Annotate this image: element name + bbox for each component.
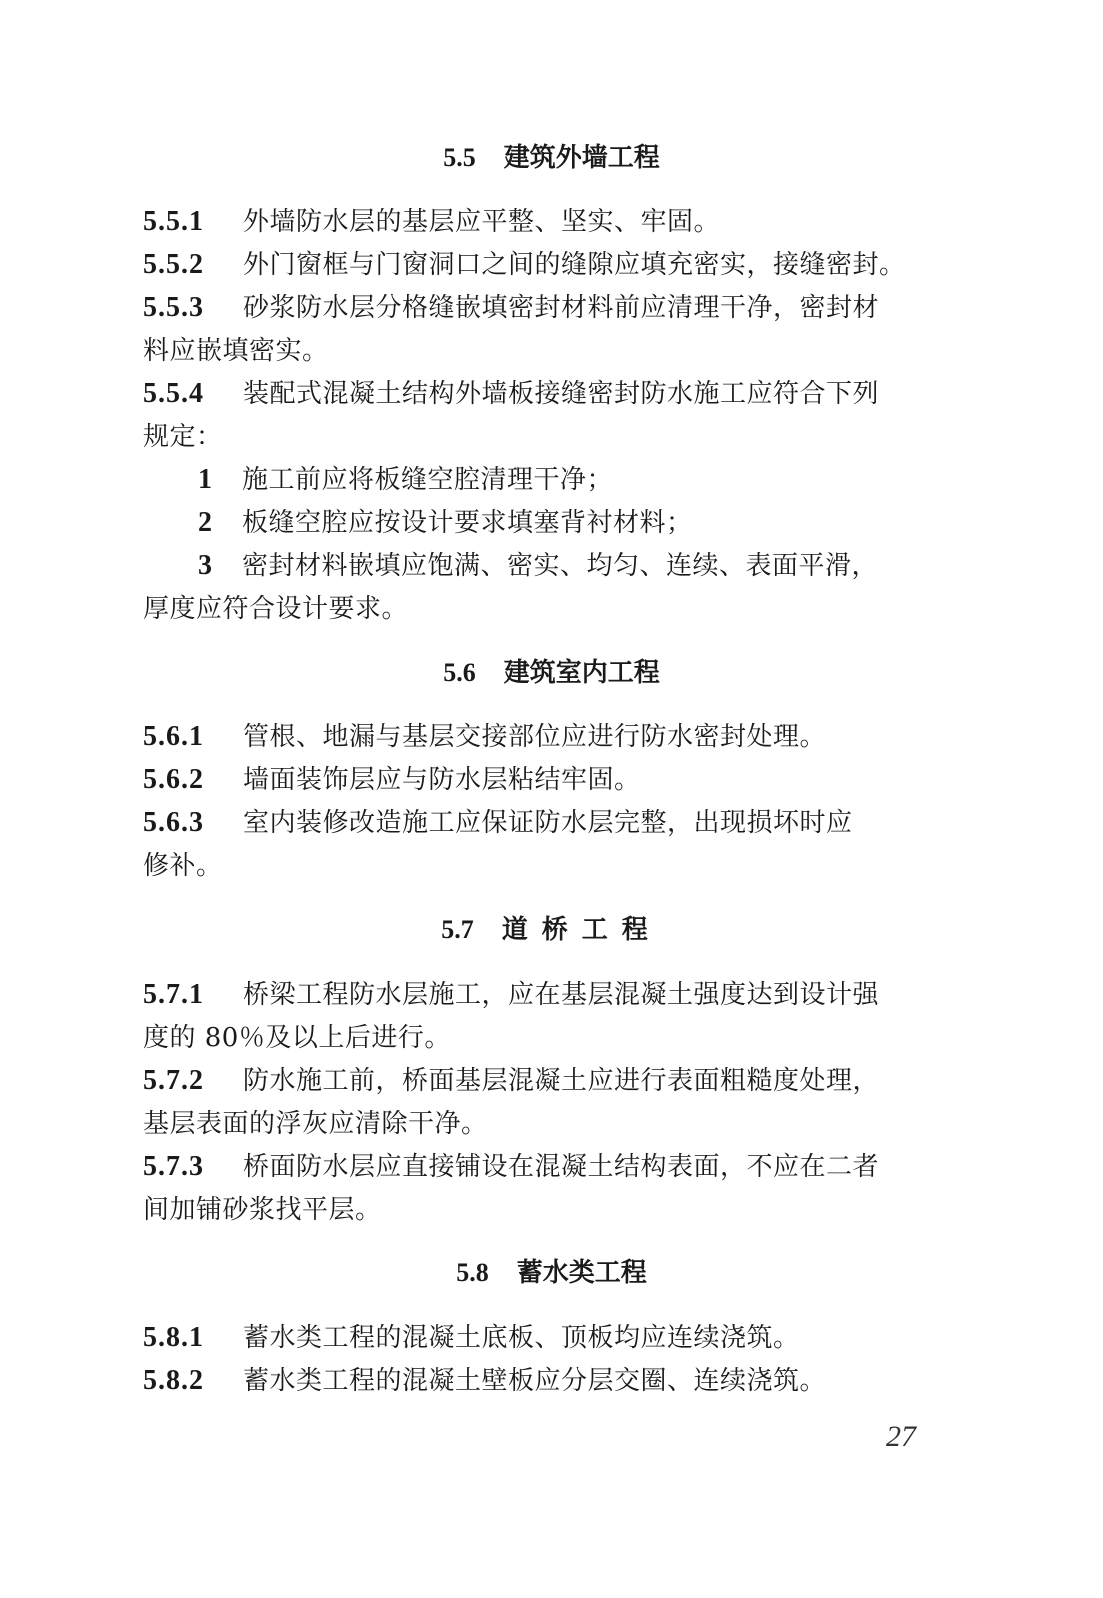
clause-text: 料应嵌填密实。 [143, 336, 329, 366]
clause-number: 5.7.3 [143, 1150, 243, 1184]
clause-number: 5.6.2 [143, 763, 243, 797]
clause-5-5-3: 5.5.3砂浆防水层分格缝嵌填密封材料前应清理干净，密封材 [143, 291, 943, 325]
clause-5-7-3: 5.7.3桥面防水层应直接铺设在混凝土结构表面，不应在二者 [143, 1150, 943, 1184]
section-number: 5.6 [443, 658, 476, 687]
clause-5-6-2: 5.6.2墙面装饰层应与防水层粘结牢固。 [143, 763, 943, 797]
clause-text: 基层表面的浮灰应清除干净。 [143, 1109, 488, 1139]
clause-number: 5.7.1 [143, 978, 243, 1012]
section-title: 蓄水类工程 [517, 1258, 647, 1288]
list-item-3: 3密封材料嵌填应饱满、密实、均匀、连续、表面平滑， [143, 549, 943, 583]
clause-text: 蓄水类工程的混凝土底板、顶板均应连续浇筑。 [243, 1323, 800, 1353]
clause-text: 蓄水类工程的混凝土壁板应分层交圈、连续浇筑。 [243, 1366, 826, 1396]
clause-5-7-1-cont: 度的 80％及以上后进行。 [143, 1021, 943, 1055]
section-number: 5.7 [441, 915, 474, 944]
clause-5-5-1: 5.5.1外墙防水层的基层应平整、坚实、牢固。 [143, 205, 943, 239]
clause-5-5-2: 5.5.2外门窗框与门窗洞口之间的缝隙应填充密实，接缝密封。 [143, 248, 943, 282]
clause-5-6-1: 5.6.1管根、地漏与基层交接部位应进行防水密封处理。 [143, 720, 943, 754]
section-title: 建筑外墙工程 [504, 143, 660, 173]
section-title: 建筑室内工程 [504, 658, 660, 688]
clause-5-8-2: 5.8.2蓄水类工程的混凝土壁板应分层交圈、连续浇筑。 [143, 1364, 943, 1398]
clause-number: 5.8.1 [143, 1321, 243, 1355]
section-number: 5.5 [443, 143, 476, 172]
item-text: 板缝空腔应按设计要求填塞背衬材料； [242, 508, 693, 538]
clause-text: 间加铺砂浆找平层。 [143, 1195, 382, 1225]
clause-5-7-2: 5.7.2防水施工前，桥面基层混凝土应进行表面粗糙度处理， [143, 1064, 943, 1098]
clause-text: 桥梁工程防水层施工，应在基层混凝土强度达到设计强 [243, 980, 879, 1010]
clause-text: 防水施工前，桥面基层混凝土应进行表面粗糙度处理， [243, 1066, 879, 1096]
clause-number: 5.5.2 [143, 248, 243, 282]
clause-text: 桥面防水层应直接铺设在混凝土结构表面，不应在二者 [243, 1152, 879, 1182]
document-page: 5.5建筑外墙工程 5.5.1外墙防水层的基层应平整、坚实、牢固。 5.5.2外… [0, 0, 1103, 1598]
section-number: 5.8 [456, 1258, 489, 1287]
clause-number: 5.7.2 [143, 1064, 243, 1098]
clause-text: 装配式混凝土结构外墙板接缝密封防水施工应符合下列 [243, 379, 879, 409]
clause-text: 外门窗框与门窗洞口之间的缝隙应填充密实，接缝密封。 [243, 250, 906, 280]
clause-text: 墙面装饰层应与防水层粘结牢固。 [243, 765, 641, 795]
clause-5-7-1: 5.7.1桥梁工程防水层施工，应在基层混凝土强度达到设计强 [143, 978, 943, 1012]
page-number: 27 [886, 1420, 916, 1454]
item-number: 2 [198, 506, 242, 540]
section-heading-5-8: 5.8蓄水类工程 [0, 1256, 1103, 1290]
section-title: 道桥工程 [502, 915, 662, 945]
list-item-2: 2板缝空腔应按设计要求填塞背衬材料； [143, 506, 943, 540]
clause-5-5-3-cont: 料应嵌填密实。 [143, 334, 943, 368]
section-heading-5-7: 5.7道桥工程 [0, 913, 1103, 947]
clause-number: 5.5.4 [143, 377, 243, 411]
clause-5-8-1: 5.8.1蓄水类工程的混凝土底板、顶板均应连续浇筑。 [143, 1321, 943, 1355]
clause-text: 砂浆防水层分格缝嵌填密封材料前应清理干净，密封材 [243, 293, 879, 323]
clause-text: 室内装修改造施工应保证防水层完整，出现损坏时应 [243, 808, 853, 838]
item-number: 1 [198, 463, 242, 497]
section-heading-5-5: 5.5建筑外墙工程 [0, 141, 1103, 175]
clause-text: 修补。 [143, 851, 223, 881]
item-text: 密封材料嵌填应饱满、密实、均匀、连续、表面平滑， [242, 551, 878, 581]
clause-text: 度的 80％及以上后进行。 [143, 1023, 451, 1053]
clause-number: 5.6.1 [143, 720, 243, 754]
clause-number: 5.6.3 [143, 806, 243, 840]
clause-number: 5.8.2 [143, 1364, 243, 1398]
item-text: 厚度应符合设计要求。 [143, 594, 408, 624]
clause-5-5-4-cont: 规定： [143, 420, 943, 454]
clause-text: 规定： [143, 422, 223, 452]
clause-5-6-3: 5.6.3室内装修改造施工应保证防水层完整，出现损坏时应 [143, 806, 943, 840]
clause-5-6-3-cont: 修补。 [143, 849, 943, 883]
item-number: 3 [198, 549, 242, 583]
clause-text: 管根、地漏与基层交接部位应进行防水密封处理。 [243, 722, 826, 752]
clause-5-5-4: 5.5.4装配式混凝土结构外墙板接缝密封防水施工应符合下列 [143, 377, 943, 411]
clause-number: 5.5.1 [143, 205, 243, 239]
list-item-3-cont: 厚度应符合设计要求。 [143, 592, 943, 626]
item-text: 施工前应将板缝空腔清理干净； [242, 465, 613, 495]
clause-text: 外墙防水层的基层应平整、坚实、牢固。 [243, 207, 720, 237]
clause-number: 5.5.3 [143, 291, 243, 325]
section-heading-5-6: 5.6建筑室内工程 [0, 656, 1103, 690]
clause-5-7-2-cont: 基层表面的浮灰应清除干净。 [143, 1107, 943, 1141]
list-item-1: 1施工前应将板缝空腔清理干净； [143, 463, 943, 497]
clause-5-7-3-cont: 间加铺砂浆找平层。 [143, 1193, 943, 1227]
